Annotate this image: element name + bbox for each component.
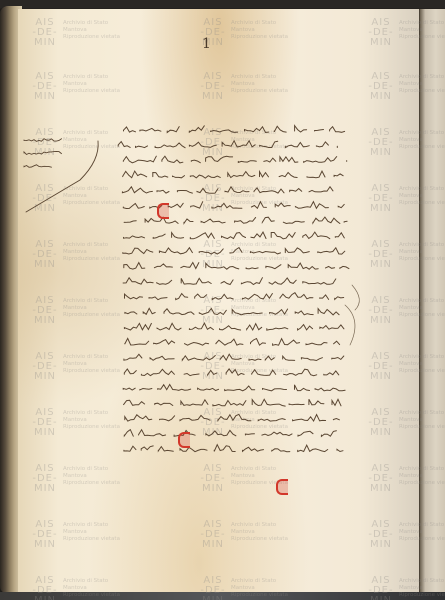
- text-line: [125, 414, 340, 421]
- text-line: [118, 141, 337, 148]
- red-initial: [178, 432, 190, 448]
- text-line: [123, 156, 346, 163]
- text-line: [124, 126, 345, 133]
- marginal-bracket-line: [26, 141, 98, 212]
- text-line: [124, 354, 344, 360]
- marginal-note-line: [24, 139, 62, 142]
- text-line: [125, 338, 340, 345]
- text-line: [125, 308, 339, 315]
- text-line: [124, 369, 338, 376]
- red-initial: [157, 203, 169, 219]
- text-line: [124, 263, 349, 270]
- main-text-block: [118, 126, 349, 452]
- text-line: [124, 323, 344, 330]
- text-line: [124, 399, 341, 406]
- marginal-note-line: [24, 165, 52, 168]
- text-line: [125, 293, 344, 300]
- text-line: [123, 278, 336, 285]
- handwriting-layer: [0, 0, 445, 600]
- marginal-brace: [345, 285, 359, 345]
- text-line: [124, 232, 345, 239]
- text-line: [122, 187, 333, 194]
- text-line: [123, 248, 345, 255]
- red-initial: [276, 479, 288, 495]
- text-line: [123, 171, 343, 178]
- text-line: [124, 445, 343, 452]
- marginal-note-line: [24, 152, 62, 155]
- text-line: [123, 385, 345, 391]
- manuscript-scan: AIS-DE-MINArchivio di StatoMantovaRiprod…: [0, 0, 445, 600]
- text-line: [124, 217, 347, 223]
- text-line: [124, 430, 336, 437]
